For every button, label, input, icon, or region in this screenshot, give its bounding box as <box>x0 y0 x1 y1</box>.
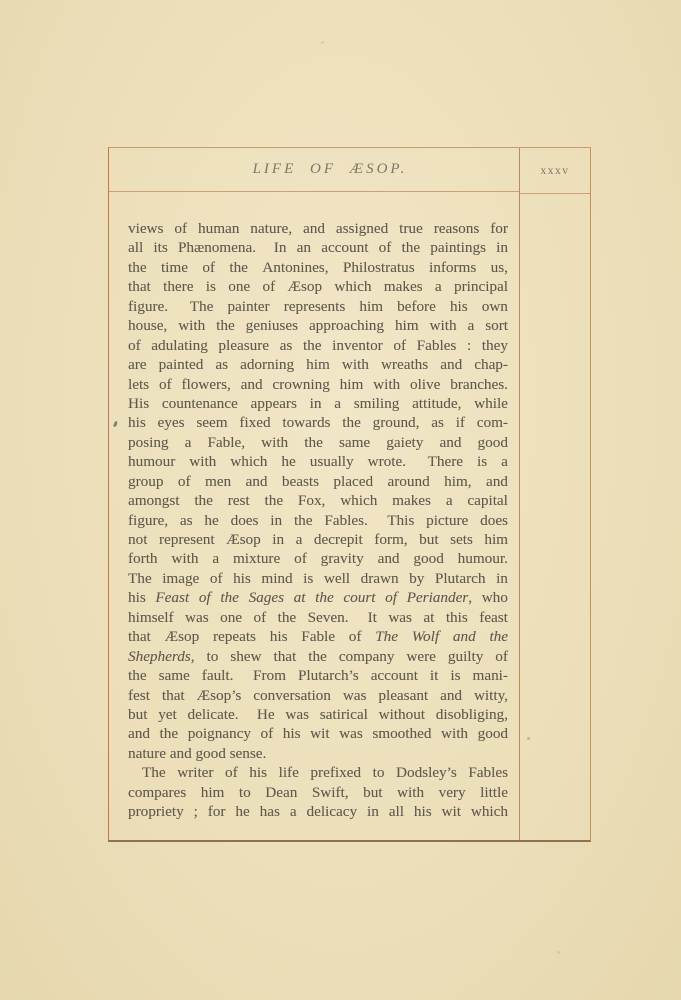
running-head: LIFE OF ÆSOP. <box>109 148 519 192</box>
text-line: thesamefault. FromPlutarch’saccountitism… <box>128 666 508 685</box>
text-line: groupofmenandbeastsplacedaroundhim,and <box>128 472 508 491</box>
ink-speck <box>557 951 560 954</box>
text-line: festthatÆsop’sconversationwaspleasantand… <box>128 686 508 705</box>
text-line: hisFeastoftheSagesatthecourtofPeriander,… <box>128 588 508 607</box>
page-frame: LIFE OF ÆSOP. viewsofhumannature,andassi… <box>108 147 591 842</box>
text-line: andthepoignancyofhiswitwassmoothedwithgo… <box>128 724 508 743</box>
text-line: forthwithamixtureofgravityandgoodhumour. <box>128 549 508 568</box>
main-column: LIFE OF ÆSOP. viewsofhumannature,andassi… <box>109 148 519 840</box>
text-line: thetimeoftheAntonines,Philostratusinform… <box>128 258 508 277</box>
ink-speck <box>321 41 324 44</box>
text-line: ofadulatingpleasureastheinventorofFables… <box>128 336 508 355</box>
text-line: posingaFable,withthesamegaietyandgood <box>128 433 508 452</box>
text-line: figure,ashedoesintheFables. Thispictured… <box>128 511 508 530</box>
ink-speck <box>527 737 530 740</box>
running-head-title: LIFE OF ÆSOP. <box>253 161 408 178</box>
text-line: arepaintedasadorninghimwithwreathsandcha… <box>128 355 508 374</box>
scanned-book-page: { "page": { "header": { "title": "LIFE O… <box>0 0 681 1000</box>
text-line: himselfwasoneoftheSeven. Itwasatthisfeas… <box>128 608 508 627</box>
text-line: butyetdelicate. Hewassatiricalwithoutdis… <box>128 705 508 724</box>
text-line: thatthereisoneofÆsopwhichmakesaprincipal <box>128 277 508 296</box>
text-line: letsofflowers,andcrowninghimwitholivebra… <box>128 375 508 394</box>
text-line: Hiscountenanceappearsinasmilingattitude,… <box>128 394 508 413</box>
text-line: figure. Thepainterrepresentshimbeforehis… <box>128 297 508 316</box>
text-line: nature and good sense. <box>128 744 508 763</box>
text-line: ThewriterofhislifeprefixedtoDodsley’sFab… <box>128 763 508 782</box>
text-line: humourwithwhichheusuallywrote. Thereisa <box>128 452 508 471</box>
page-number: xxxv <box>541 165 570 177</box>
text-line: TheimageofhismindiswelldrawnbyPlutarchin <box>128 569 508 588</box>
text-line: propriety;forhehasadelicacyinallhiswitwh… <box>128 802 508 821</box>
text-line: amongsttheresttheFox,whichmakesacapital <box>128 491 508 510</box>
folio-column: xxxv <box>519 148 590 840</box>
body-text: viewsofhumannature,andassignedtruereason… <box>109 192 519 822</box>
text-line: viewsofhumannature,andassignedtruereason… <box>128 219 508 238</box>
text-line: Shepherds,toshewthatthecompanywereguilty… <box>128 647 508 666</box>
text-line: house,withthegeniusesapproachinghimwitha… <box>128 316 508 335</box>
text-line: allitsPhænomena. Inanaccountofthepaintin… <box>128 238 508 257</box>
folio-head: xxxv <box>520 148 590 194</box>
text-line: hiseyesseemfixedtowardstheground,asifcom… <box>128 413 508 432</box>
text-line: compareshimtoDeanSwift,butwithverylittle <box>128 783 508 802</box>
text-line: notrepresentÆsopinadecrepitform,butsetsh… <box>128 530 508 549</box>
text-line: thatÆsoprepeatshisFableofTheWolfandthe <box>128 627 508 646</box>
